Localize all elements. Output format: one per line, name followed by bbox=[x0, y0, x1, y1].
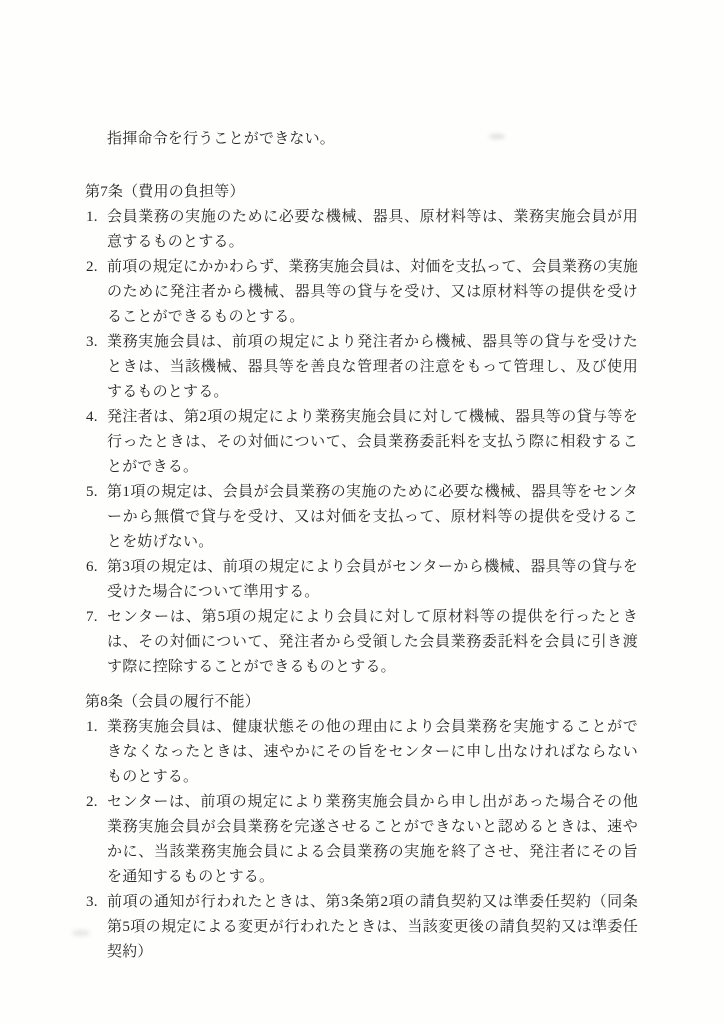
item-text: 会員業務の実施のために必要な機械、器具、原材料等は、業務実施会員が用意するものと… bbox=[107, 209, 638, 250]
article-7-item-5: 5. 第1項の規定は、会員が会員業務の実施のために必要な機械、器具等をセンターか… bbox=[85, 480, 638, 555]
article-8-item-2: 2. センターは、前項の規定により業務実施会員から申し出があった場合その他業務実… bbox=[85, 790, 638, 890]
item-number: 6. bbox=[86, 555, 98, 580]
item-text: 前項の規定にかかわらず、業務実施会員は、対価を支払って、会員業務の実施のために発… bbox=[107, 259, 638, 325]
item-number: 2. bbox=[86, 255, 98, 280]
article-8: 第8条（会員の履行不能） 1. 業務実施会員は、健康状態その他の理由により会員業… bbox=[85, 690, 638, 965]
article-8-heading: 第8条（会員の履行不能） bbox=[85, 690, 638, 715]
document-page: 指揮命令を行うことができない。 第7条（費用の負担等） 1. 会員業務の実施のた… bbox=[0, 0, 724, 1024]
document-text: 指揮命令を行うことができない。 第7条（費用の負担等） 1. 会員業務の実施のた… bbox=[85, 127, 638, 965]
article-8-item-1: 1. 業務実施会員は、健康状態その他の理由により会員業務を実施することができなく… bbox=[85, 715, 638, 790]
item-text: 業務実施会員は、健康状態その他の理由により会員業務を実施することができなくなった… bbox=[107, 719, 638, 785]
item-number: 1. bbox=[86, 205, 98, 230]
item-number: 7. bbox=[86, 605, 98, 630]
item-text: 前項の通知が行われたときは、第3条第2項の請負契約又は準委任契約（同条第5項の規… bbox=[107, 894, 638, 960]
article-7-item-1: 1. 会員業務の実施のために必要な機械、器具、原材料等は、業務実施会員が用意する… bbox=[85, 205, 638, 255]
item-text: 発注者は、第2項の規定により業務実施会員に対して機械、器具等の貸与等を行ったとき… bbox=[107, 409, 638, 475]
item-text: 第3項の規定は、前項の規定により会員がセンターから機械、器具等の貸与を受けた場合… bbox=[107, 559, 638, 600]
item-number: 2. bbox=[86, 790, 98, 815]
scan-artifact bbox=[489, 134, 505, 139]
article-8-item-3: 3. 前項の通知が行われたときは、第3条第2項の請負契約又は準委任契約（同条第5… bbox=[85, 890, 638, 965]
article-7: 第7条（費用の負担等） 1. 会員業務の実施のために必要な機械、器具、原材料等は… bbox=[85, 180, 638, 680]
item-text: センターは、第5項の規定により会員に対して原材料等の提供を行ったときは、その対価… bbox=[107, 609, 638, 675]
item-number: 1. bbox=[86, 715, 98, 740]
item-number: 4. bbox=[86, 405, 98, 430]
carryover-paragraph-line: 指揮命令を行うことができない。 bbox=[85, 127, 638, 152]
item-number: 3. bbox=[86, 330, 98, 355]
article-7-item-7: 7. センターは、第5項の規定により会員に対して原材料等の提供を行ったときは、そ… bbox=[85, 605, 638, 680]
article-7-item-2: 2. 前項の規定にかかわらず、業務実施会員は、対価を支払って、会員業務の実施のた… bbox=[85, 255, 638, 330]
item-number: 5. bbox=[86, 480, 98, 505]
article-7-heading: 第7条（費用の負担等） bbox=[85, 180, 638, 205]
article-7-item-3: 3. 業務実施会員は、前項の規定により発注者から機械、器具等の貸与を受けたときは… bbox=[85, 330, 638, 405]
item-text: 第1項の規定は、会員が会員業務の実施のために必要な機械、器具等をセンターから無償… bbox=[107, 484, 638, 550]
article-7-item-4: 4. 発注者は、第2項の規定により業務実施会員に対して機械、器具等の貸与等を行っ… bbox=[85, 405, 638, 480]
item-text: 業務実施会員は、前項の規定により発注者から機械、器具等の貸与を受けたときは、当該… bbox=[107, 334, 638, 400]
scan-artifact bbox=[72, 930, 90, 936]
article-7-item-6: 6. 第3項の規定は、前項の規定により会員がセンターから機械、器具等の貸与を受け… bbox=[85, 555, 638, 605]
item-number: 3. bbox=[86, 890, 98, 915]
item-text: センターは、前項の規定により業務実施会員から申し出があった場合その他業務実施会員… bbox=[107, 794, 638, 885]
